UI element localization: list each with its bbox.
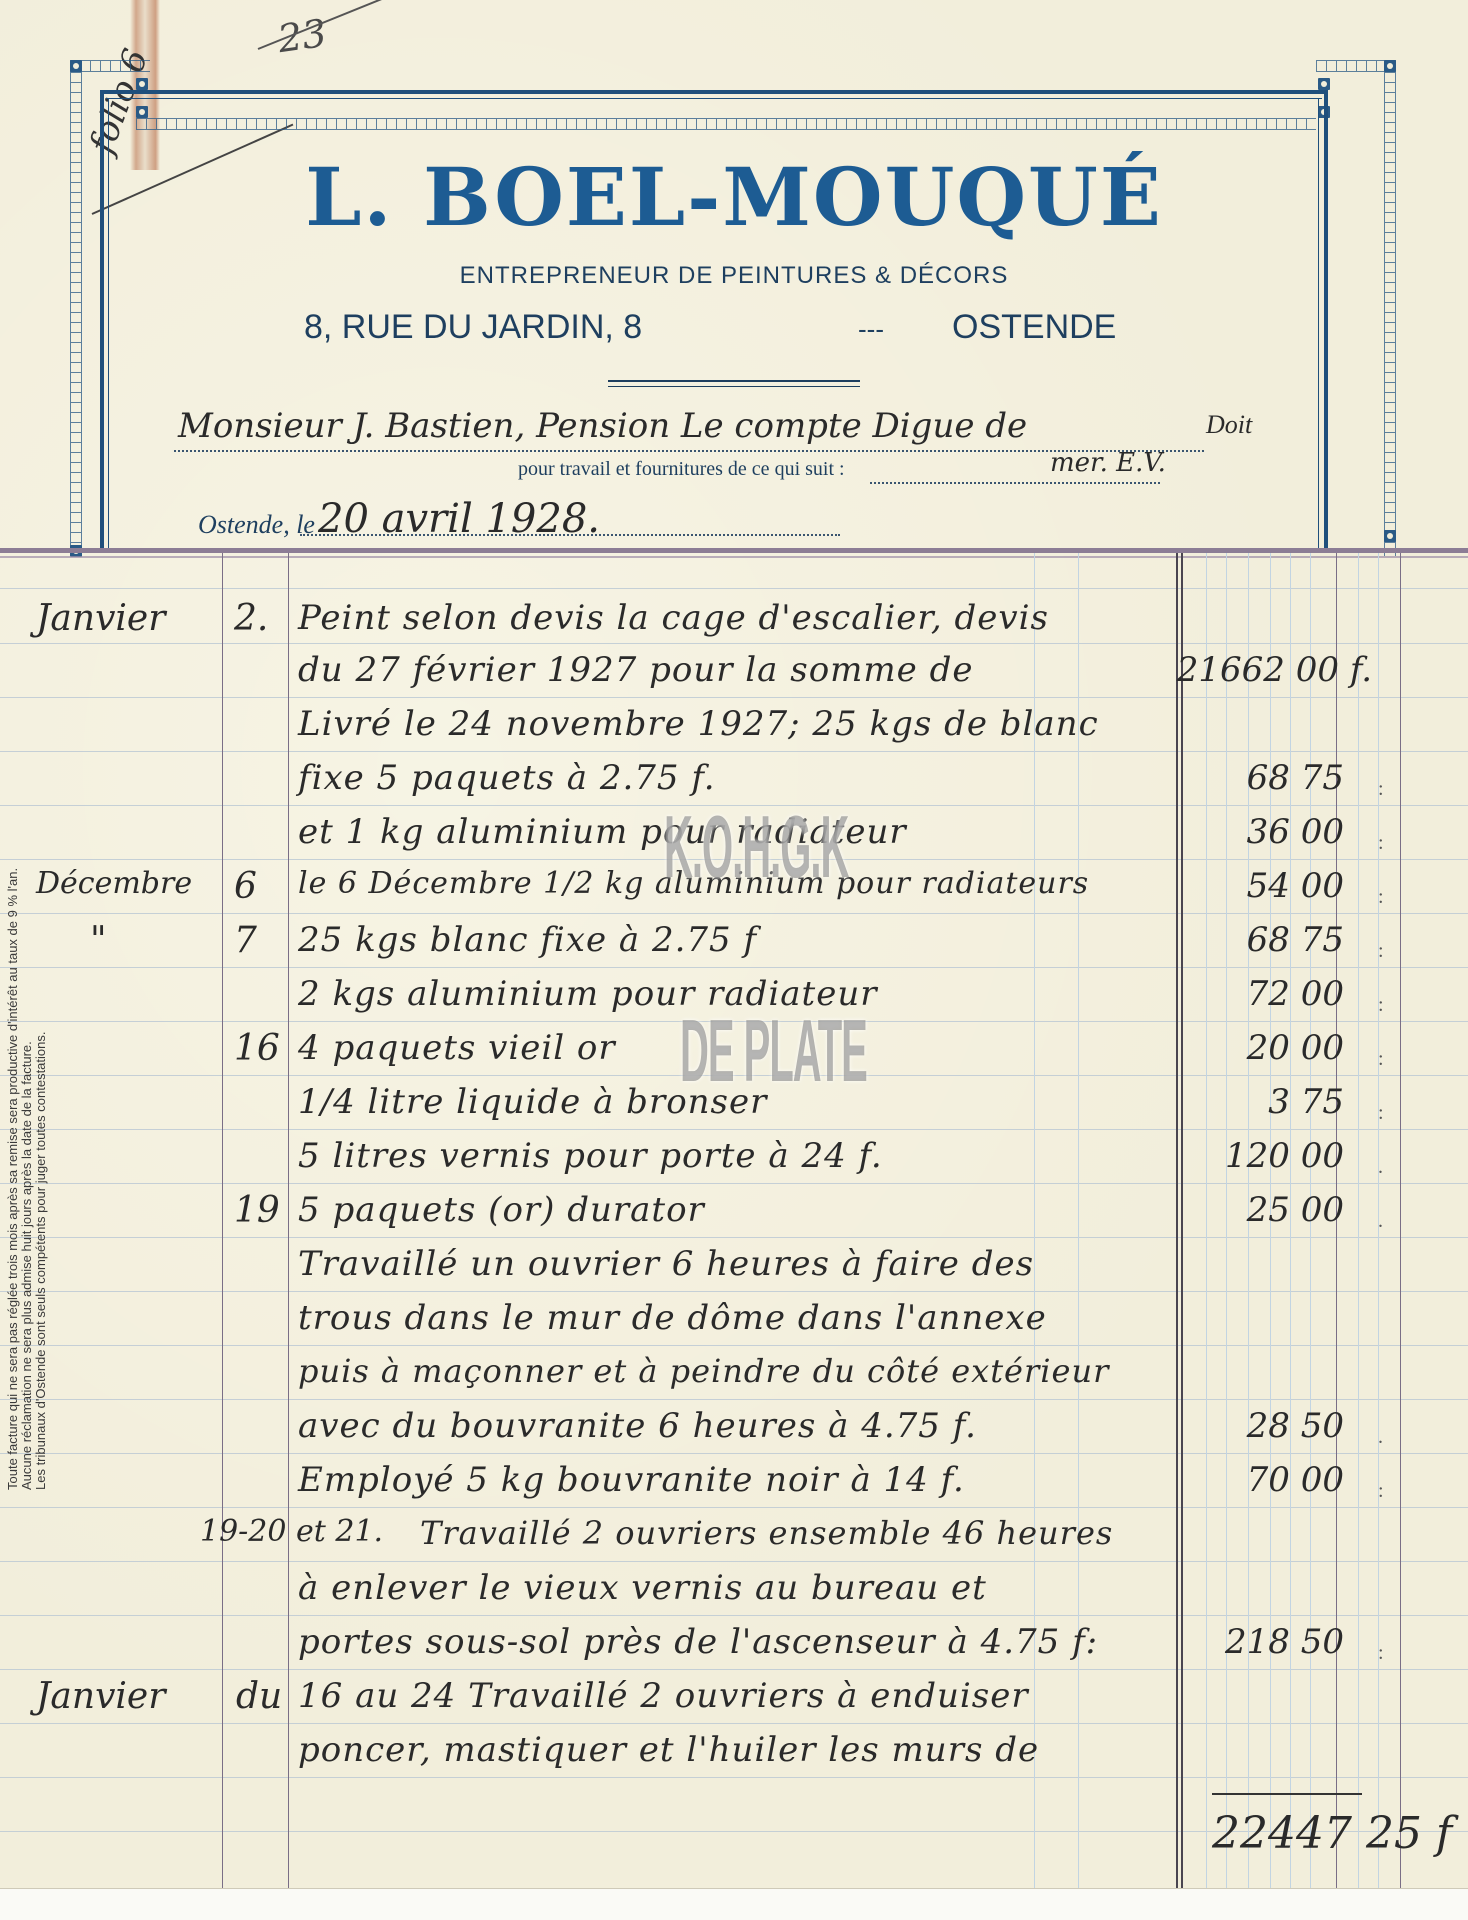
- row-month: Janvier: [36, 1676, 165, 1717]
- row-amount: 68 75: [1247, 920, 1344, 960]
- corner-ornament-icon: [136, 106, 148, 118]
- address-separator: ---: [858, 314, 884, 345]
- row-description: 16 au 24 Travaillé 2 ouvriers à enduiser: [298, 1676, 1029, 1716]
- corner-ornament-icon: [136, 78, 148, 90]
- date-dotted-line: [300, 534, 840, 536]
- ledger-row: Janvier du 16 au 24 Travaillé 2 ouvriers…: [0, 1676, 1468, 1722]
- row-amount: 3 75: [1268, 1082, 1344, 1122]
- ledger-row: à enlever le vieux vernis au bureau et: [0, 1568, 1468, 1614]
- header-rule: [608, 386, 860, 387]
- row-amount: 54 00: [1247, 866, 1344, 906]
- row-day: 16: [234, 1028, 280, 1069]
- corner-ornament-icon: [1318, 78, 1330, 90]
- row-description: poncer, mastiquer et l'huiler les murs d…: [298, 1730, 1039, 1770]
- row-description: 25 kgs blanc fixe à 2.75 f: [298, 920, 757, 960]
- ledger-row: Livré le 24 novembre 1927; 25 kgs de bla…: [0, 704, 1468, 750]
- row-description: du 27 février 1927 pour la somme de: [298, 650, 973, 690]
- row-description: 4 paquets vieil or: [298, 1028, 616, 1068]
- row-day: du: [236, 1676, 282, 1717]
- row-description: à enlever le vieux vernis au bureau et: [298, 1568, 987, 1608]
- row-month: ": [90, 920, 107, 961]
- row-amount: 25 00: [1247, 1190, 1344, 1230]
- row-amount: 72 00: [1247, 974, 1344, 1014]
- ledger-row: avec du bouvranite 6 heures à 4.75 f. 28…: [0, 1406, 1468, 1452]
- row-amount: 120 00: [1225, 1136, 1344, 1176]
- total-rule: [1212, 1793, 1362, 1795]
- row-description: Travaillé un ouvrier 6 heures à faire de…: [298, 1244, 1034, 1284]
- row-day: 6: [234, 866, 257, 907]
- ledger-row: puis à maçonner et à peindre du côté ext…: [0, 1352, 1468, 1398]
- company-trade: ENTREPRENEUR DE PEINTURES & DÉCORS: [0, 262, 1468, 290]
- invoice-total: 22447 25 f: [1212, 1808, 1452, 1859]
- payment-terms-line: Aucune réclamation ne sera plus admise h…: [20, 868, 34, 1490]
- ledger-row: Employé 5 kg bouvranite noir à 14 f. 70 …: [0, 1460, 1468, 1506]
- company-name: L. BOEL-MOUQUÉ: [0, 150, 1468, 244]
- ledger-row: trous dans le mur de dôme dans l'annexe: [0, 1298, 1468, 1344]
- ledger-row: du 27 février 1927 pour la somme de 2166…: [0, 650, 1468, 696]
- printed-prompt: pour travail et fournitures de ce qui su…: [518, 458, 845, 481]
- row-description: trous dans le mur de dôme dans l'annexe: [298, 1298, 1047, 1338]
- company-street: 8, RUE DU JARDIN, 8: [304, 308, 642, 347]
- ledger-row: poncer, mastiquer et l'huiler les murs d…: [0, 1730, 1468, 1776]
- row-amount: 28 50: [1247, 1406, 1344, 1446]
- ledger-row: 19-20 et 21. Travaillé 2 ouvriers ensemb…: [0, 1514, 1468, 1560]
- row-amount: 20 00: [1247, 1028, 1344, 1068]
- row-description: portes sous-sol près de l'ascenseur à 4.…: [298, 1622, 1098, 1662]
- company-city: OSTENDE: [952, 308, 1116, 347]
- row-description: Travaillé 2 ouvriers ensemble 46 heures: [420, 1514, 1113, 1552]
- row-description: fixe 5 paquets à 2.75 f.: [298, 758, 716, 798]
- row-day: 19: [234, 1190, 280, 1231]
- row-month: Janvier: [36, 598, 165, 639]
- row-month: Décembre: [36, 866, 192, 901]
- row-amount: 218 50: [1225, 1622, 1344, 1662]
- ledger-row: portes sous-sol près de l'ascenseur à 4.…: [0, 1622, 1468, 1668]
- pencil-page-number: 23: [275, 11, 329, 61]
- ledger-row: fixe 5 paquets à 2.75 f. 68 75: [0, 758, 1468, 804]
- row-description: avec du bouvranite 6 heures à 4.75 f.: [298, 1406, 977, 1446]
- header-rule: [608, 380, 860, 382]
- addressee-handwritten: Monsieur J. Bastien, Pension Le compte D…: [178, 406, 1027, 446]
- ledger-row: 19 5 paquets (or) durator 25 00: [0, 1190, 1468, 1236]
- watermark-bottom: DE PLATE: [680, 1004, 867, 1103]
- addressee-suffix: mer. E.V.: [1050, 448, 1166, 478]
- row-day: 7: [234, 920, 257, 961]
- row-description: 5 litres vernis pour porte à 24 f.: [298, 1136, 883, 1176]
- corner-ornament-icon: [1384, 60, 1396, 72]
- row-day: 2.: [234, 598, 268, 639]
- doit-label: Doit: [1206, 410, 1252, 440]
- date-prefix: Ostende, le: [198, 510, 315, 540]
- payment-terms-line: Les tribunaux d'Ostende sont seuls compé…: [34, 868, 48, 1490]
- watermark-top: K.O.H.G.K: [664, 800, 848, 899]
- corner-ornament-icon: [1384, 530, 1396, 542]
- ledger-row: 5 litres vernis pour porte à 24 f. 120 0…: [0, 1136, 1468, 1182]
- row-amount: 68 75: [1247, 758, 1344, 798]
- ledger-row: Janvier 2. Peint selon devis la cage d'e…: [0, 598, 1468, 644]
- suffix-dotted-line: [870, 482, 1160, 484]
- row-description: Employé 5 kg bouvranite noir à 14 f.: [298, 1460, 965, 1500]
- paper-bottom-edge: [0, 1888, 1468, 1920]
- row-description: Livré le 24 novembre 1927; 25 kgs de bla…: [298, 704, 1099, 744]
- payment-terms-line: Toute facture qui ne sera pas réglée tro…: [6, 868, 20, 1490]
- row-description: Peint selon devis la cage d'escalier, de…: [298, 598, 1049, 638]
- payment-terms-note: Toute facture qui ne sera pas réglée tro…: [6, 868, 48, 1490]
- row-amount: 70 00: [1247, 1460, 1344, 1500]
- row-day: 19-20 et 21.: [200, 1514, 383, 1549]
- row-description: puis à maçonner et à peindre du côté ext…: [298, 1352, 1109, 1390]
- ledger-row: " 7 25 kgs blanc fixe à 2.75 f 68 75: [0, 920, 1468, 966]
- ledger-row: Travaillé un ouvrier 6 heures à faire de…: [0, 1244, 1468, 1290]
- row-description: 5 paquets (or) durator: [298, 1190, 705, 1230]
- row-amount: 21662 00 f.: [1177, 650, 1372, 690]
- corner-ornament-icon: [70, 60, 82, 72]
- row-amount: 36 00: [1247, 812, 1344, 852]
